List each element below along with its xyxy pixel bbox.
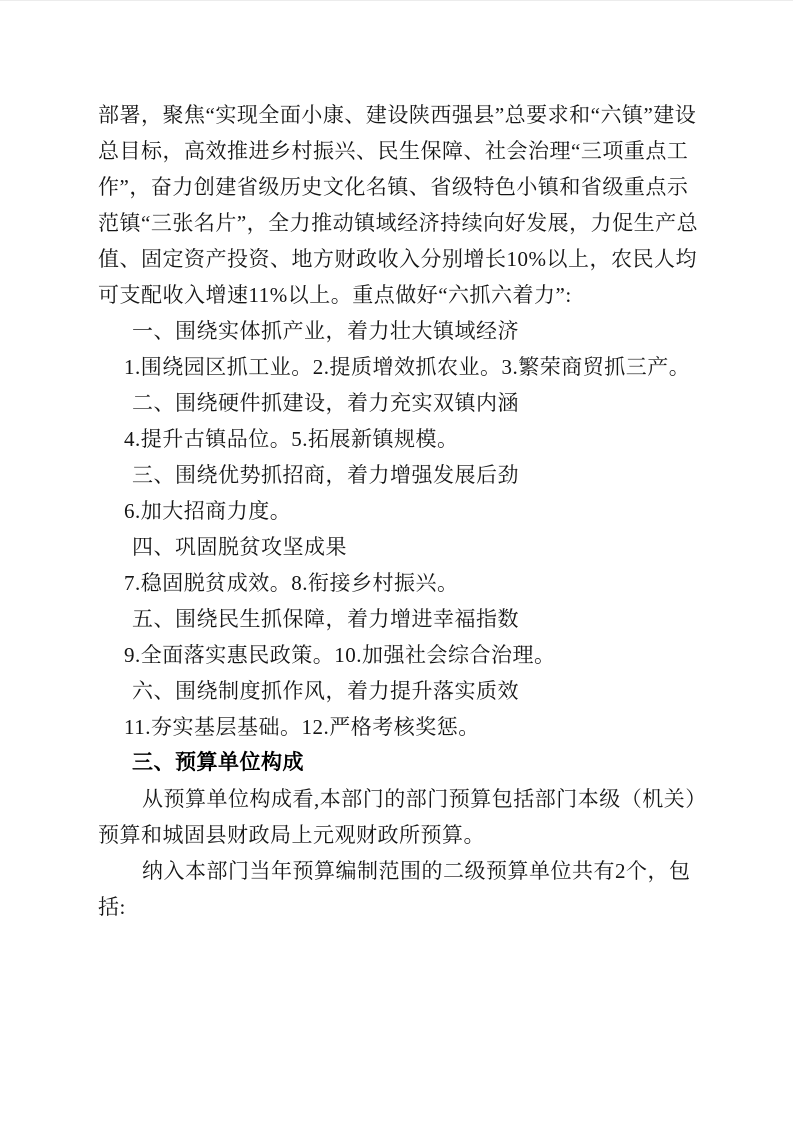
sub-item-6: 6.加大招商力度。 bbox=[98, 493, 708, 529]
list-item-5: 五、围绕民生抓保障，着力增进幸福指数 bbox=[98, 601, 708, 637]
list-item-3: 三、围绕优势抓招商，着力增强发展后劲 bbox=[98, 457, 708, 493]
list-item-2: 二、围绕硬件抓建设，着力充实双镇内涵 bbox=[98, 385, 708, 421]
paragraph-line: 从预算单位构成看,本部门的部门预算包括部门本级（机关） bbox=[98, 781, 708, 817]
section-heading: 三、预算单位构成 bbox=[98, 745, 708, 781]
text-line: 值、固定资产投资、地方财政收入分别增长10%以上，农民人均 bbox=[98, 241, 708, 277]
sub-item-1-2-3: 1.围绕园区抓工业。2.提质增效抓农业。3.繁荣商贸抓三产。 bbox=[98, 349, 708, 385]
text-line: 可支配收入增速11%以上。重点做好“六抓六着力”: bbox=[98, 277, 708, 313]
text-line: 总目标，高效推进乡村振兴、民生保障、社会治理“三项重点工 bbox=[98, 133, 708, 169]
text-line: 范镇“三张名片”，全力推动镇域经济持续向好发展，力促生产总 bbox=[98, 205, 708, 241]
list-item-4: 四、巩固脱贫攻坚成果 bbox=[98, 529, 708, 565]
sub-item-4-5: 4.提升古镇品位。5.拓展新镇规模。 bbox=[98, 421, 708, 457]
paragraph-line: 括: bbox=[98, 889, 708, 925]
sub-item-7-8: 7.稳固脱贫成效。8.衔接乡村振兴。 bbox=[98, 565, 708, 601]
text-line: 部署，聚焦“实现全面小康、建设陕西强县”总要求和“六镇”建设 bbox=[98, 97, 708, 133]
document-page: 部署，聚焦“实现全面小康、建设陕西强县”总要求和“六镇”建设 总目标，高效推进乡… bbox=[0, 0, 793, 1123]
list-item-6: 六、围绕制度抓作风，着力提升落实质效 bbox=[98, 673, 708, 709]
list-item-1: 一、围绕实体抓产业，着力壮大镇域经济 bbox=[98, 313, 708, 349]
paragraph-line: 预算和城固县财政局上元观财政所预算。 bbox=[98, 817, 708, 853]
sub-item-11-12: 11.夯实基层基础。12.严格考核奖惩。 bbox=[98, 709, 708, 745]
text-line: 作”，奋力创建省级历史文化名镇、省级特色小镇和省级重点示 bbox=[98, 169, 708, 205]
sub-item-9-10: 9.全面落实惠民政策。10.加强社会综合治理。 bbox=[98, 637, 708, 673]
paragraph-line: 纳入本部门当年预算编制范围的二级预算单位共有2个，包 bbox=[98, 853, 708, 889]
document-text-block: 部署，聚焦“实现全面小康、建设陕西强县”总要求和“六镇”建设 总目标，高效推进乡… bbox=[98, 97, 708, 925]
